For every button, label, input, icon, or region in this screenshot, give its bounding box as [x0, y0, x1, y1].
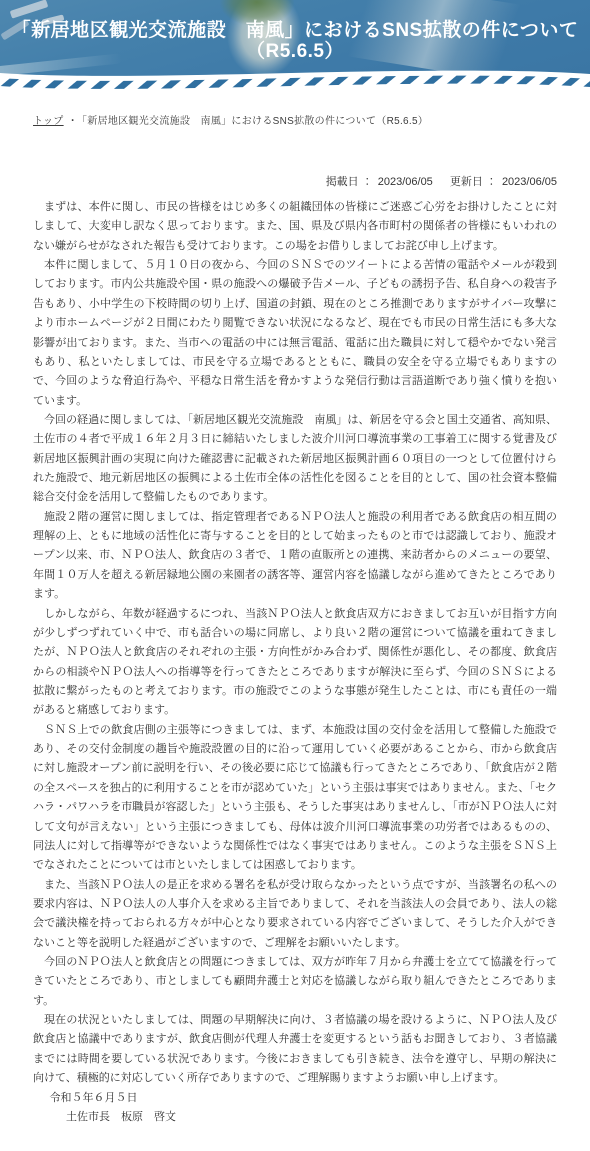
- harbor-breakwater-shape: [10, 0, 49, 19]
- breadcrumb-current: 「新居地区観光交流施設 南風」におけるSNS拡散の件について（R5.6.5）: [82, 116, 428, 127]
- article-paragraph: 今回のＮＰＯ法人と飲食店との問題につきましては、双方が昨年７月から弁護士を立てて…: [33, 953, 557, 1011]
- posted-date-value: 2023/06/05: [378, 176, 433, 188]
- article-paragraph: まずは、本件に関し、市民の皆様をはじめ多くの組織団体の皆様にご迷惑ご心労をお掛け…: [33, 198, 557, 256]
- issued-date-line: 令和５年６月５日: [33, 1089, 557, 1108]
- article-paragraph: また、当該ＮＰＯ法人の是正を求める署名を私が受け取らなかったという点ですが、当該…: [33, 876, 557, 953]
- posted-date-label: 掲載日 ：: [326, 176, 373, 188]
- article-paragraph: 本件に関しまして、５月１０日の夜から、今回のＳＮＳでのツイートによる苦情の電話や…: [33, 256, 557, 411]
- header-banner: 「新居地区観光交流施設 南風」におけるSNS拡散の件について （R5.6.5）: [0, 0, 590, 97]
- updated-date-value: 2023/06/05: [502, 176, 557, 188]
- page-title: 「新居地区観光交流施設 南風」におけるSNS拡散の件について （R5.6.5）: [0, 21, 590, 62]
- article-paragraph: しかしながら、年数が経過するにつれ、当該ＮＰＯ法人と飲食店双方におきましてお互い…: [33, 605, 557, 721]
- signature-line: 土佐市長 板原 啓文: [33, 1108, 557, 1127]
- breadcrumb-home-link[interactable]: トップ: [33, 116, 64, 127]
- posted-date: 掲載日 ：2023/06/05: [326, 176, 436, 188]
- article-paragraph: 施設２階の運営に関しましては、指定管理者であるＮＰＯ法人と施設の利用者である飲食…: [33, 508, 557, 605]
- date-meta: 掲載日 ：2023/06/05 更新日 ：2023/06/05: [33, 173, 557, 189]
- breadcrumb-separator: ・: [68, 116, 78, 127]
- article-body: まずは、本件に関し、市民の皆様をはじめ多くの組織団体の皆様にご迷惑ご心労をお掛け…: [33, 198, 557, 1089]
- article: まずは、本件に関し、市民の皆様をはじめ多くの組織団体の皆様にご迷惑ご心労をお掛け…: [33, 198, 557, 1127]
- article-paragraph: ＳＮＳ上での飲食店側の主張等につきましては、まず、本施設は国の交付金を活用して整…: [33, 721, 557, 876]
- article-paragraph: 今回の経過に関しましては、「新居地区観光交流施設 南風」は、新居を守る会と国土交…: [33, 411, 557, 508]
- updated-date: 更新日 ：2023/06/05: [450, 176, 557, 188]
- breadcrumb: トップ・「新居地区観光交流施設 南風」におけるSNS拡散の件について（R5.6.…: [33, 112, 557, 127]
- updated-date-label: 更新日 ：: [450, 176, 497, 188]
- stripe-divider: [0, 67, 590, 97]
- page-title-line-1: 「新居地区観光交流施設 南風」におけるSNS拡散の件について: [0, 21, 590, 42]
- page-title-line-2: （R5.6.5）: [0, 42, 590, 63]
- article-paragraph: 現在の状況といたしましては、問題の早期解決に向け、３者協議の場を設けるように、Ｎ…: [33, 1011, 557, 1088]
